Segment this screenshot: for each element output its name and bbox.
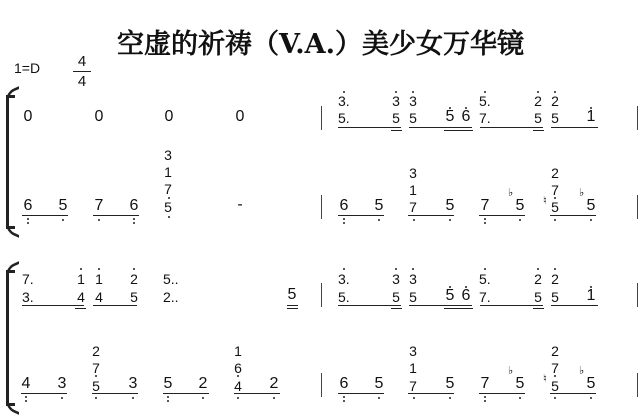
note: 6 (128, 199, 140, 213)
score-title: 空虚的祈祷（V.A.）美少女万华镜 (0, 22, 641, 61)
dot (168, 216, 170, 218)
note: 2 (90, 344, 102, 358)
dot (519, 219, 521, 221)
dot (554, 197, 556, 199)
note: 6 (232, 361, 244, 375)
note: 5. (479, 94, 499, 108)
time-signature-divider (73, 71, 91, 72)
note: 7. (479, 111, 499, 125)
beam (550, 393, 596, 394)
note: 2 (532, 94, 544, 108)
beam (22, 215, 68, 216)
note: 5 (390, 111, 402, 125)
dot (484, 268, 486, 270)
dot (133, 268, 135, 270)
note: 3 (407, 94, 419, 108)
beam (22, 305, 84, 306)
note: 1 (585, 289, 597, 303)
note: 5 (90, 379, 102, 393)
beam (391, 130, 402, 131)
dot (484, 222, 486, 224)
note: 5 (390, 290, 402, 304)
beam (93, 215, 139, 216)
dot (449, 286, 451, 288)
note: 4 (75, 290, 87, 304)
dot (167, 396, 169, 398)
note: 7 (549, 361, 561, 375)
note: 6 (22, 199, 34, 213)
note: 7 (93, 199, 105, 213)
dot (590, 286, 592, 288)
dot (554, 91, 556, 93)
note: 7 (407, 200, 419, 214)
note: 6 (460, 110, 472, 124)
beam (409, 127, 472, 128)
dot (412, 268, 414, 270)
dot (273, 397, 275, 399)
dot (465, 107, 467, 109)
note: 1 (232, 344, 244, 358)
note: 5 (444, 199, 456, 213)
note: 2 (532, 272, 544, 286)
dot (449, 219, 451, 221)
note: 2 (268, 377, 280, 391)
dot (590, 219, 592, 221)
dot (27, 218, 29, 220)
note: 5.. (163, 272, 187, 286)
dot (132, 397, 134, 399)
note: 5 (549, 200, 561, 214)
natural-icon: ♮ (543, 196, 547, 207)
beam (338, 215, 384, 216)
flat-icon: ♭ (579, 366, 584, 377)
dot (95, 375, 97, 377)
dot (413, 219, 415, 221)
barline (637, 195, 638, 219)
note: 3 (56, 377, 68, 391)
note: 7. (22, 272, 42, 286)
dot (237, 375, 239, 377)
dot (98, 219, 100, 221)
beam (409, 305, 472, 306)
beam (408, 393, 454, 394)
dot (62, 219, 64, 221)
key-signature: 1=D (14, 60, 40, 76)
note: 5 (532, 290, 544, 304)
dot (484, 218, 486, 220)
note: 5 (128, 290, 140, 304)
note: 1 (93, 272, 105, 286)
beam (234, 393, 280, 394)
note: 5 (514, 199, 526, 213)
barline (321, 195, 322, 219)
note: 5. (338, 111, 358, 125)
dot (343, 222, 345, 224)
dot (167, 400, 169, 402)
beam (93, 305, 137, 306)
dot (519, 397, 521, 399)
dot (465, 286, 467, 288)
beam (550, 215, 596, 216)
note: 3 (127, 377, 139, 391)
flat-icon: ♭ (508, 366, 513, 377)
note: 7 (479, 377, 491, 391)
note: 0 (234, 110, 246, 124)
note: 6 (338, 377, 350, 391)
dot (395, 268, 397, 270)
note: 0 (93, 110, 105, 124)
time-signature: 4 4 (73, 53, 91, 90)
note: 5. (479, 272, 499, 286)
beam (479, 393, 525, 394)
beam (338, 127, 401, 128)
beam (408, 215, 454, 216)
note: 6 (338, 199, 350, 213)
note: 3 (407, 166, 419, 180)
note: 1 (585, 110, 597, 124)
note: 1 (162, 165, 174, 179)
barline (637, 283, 638, 307)
dot (25, 396, 27, 398)
beam (480, 305, 543, 306)
beam (480, 127, 543, 128)
note: 5 (444, 110, 456, 124)
note: 3 (162, 148, 174, 162)
note: 0 (22, 110, 34, 124)
note: 5 (514, 377, 526, 391)
barline (321, 283, 322, 307)
note: 5 (585, 199, 597, 213)
note: 2 (128, 272, 140, 286)
note: 7. (479, 290, 499, 304)
dot (484, 400, 486, 402)
note: 5 (162, 377, 174, 391)
dot (80, 268, 82, 270)
note: 5 (532, 111, 544, 125)
note: 5 (162, 200, 174, 214)
dot (343, 268, 345, 270)
dot (133, 218, 135, 220)
dot (449, 397, 451, 399)
note: 5 (585, 377, 597, 391)
note: 7 (479, 199, 491, 213)
note: 4 (93, 290, 105, 304)
note: 5 (57, 199, 69, 213)
dot (537, 268, 539, 270)
system-brace (6, 270, 15, 406)
dot (133, 222, 135, 224)
note: 1 (407, 183, 419, 197)
note: 5 (549, 290, 561, 304)
beam (551, 127, 598, 128)
dot (343, 91, 345, 93)
dot (554, 397, 556, 399)
note: 2 (549, 94, 561, 108)
barline (321, 106, 322, 130)
note: 3. (338, 272, 358, 286)
note: 3 (390, 272, 402, 286)
note: 3. (338, 94, 358, 108)
dot (168, 197, 170, 199)
dot (484, 91, 486, 93)
beam (287, 305, 298, 306)
note: 5 (444, 289, 456, 303)
barline (637, 373, 638, 397)
note: 5 (373, 199, 385, 213)
note: 5 (407, 111, 419, 125)
note: 6 (460, 289, 472, 303)
dot (98, 268, 100, 270)
dot (554, 219, 556, 221)
dot (343, 218, 345, 220)
note: 4 (20, 377, 32, 391)
dot (484, 396, 486, 398)
dot (590, 397, 592, 399)
note: 5 (444, 377, 456, 391)
dot (449, 107, 451, 109)
dot (343, 396, 345, 398)
note: 7 (407, 379, 419, 393)
beam (533, 308, 544, 309)
dot (202, 397, 204, 399)
note: 3. (22, 290, 42, 304)
note: 5 (407, 290, 419, 304)
beam (75, 308, 86, 309)
dot (378, 397, 380, 399)
dot (413, 397, 415, 399)
dot (554, 268, 556, 270)
dot (27, 222, 29, 224)
beam (444, 130, 473, 131)
beam (551, 305, 598, 306)
note: 4 (232, 379, 244, 393)
natural-icon: ♮ (543, 374, 547, 385)
beam (21, 393, 67, 394)
beam (479, 215, 525, 216)
note: 1 (75, 272, 87, 286)
sustain-dash: - (234, 198, 246, 212)
dot (378, 219, 380, 221)
note: 0 (163, 110, 175, 124)
note: 3 (407, 344, 419, 358)
dot (237, 397, 239, 399)
dot (343, 400, 345, 402)
flat-icon: ♭ (579, 188, 584, 199)
dot (537, 91, 539, 93)
note: 7 (162, 182, 174, 196)
time-signature-top: 4 (73, 53, 91, 70)
note: 2 (549, 344, 561, 358)
note: 2.. (163, 290, 187, 304)
note: 5 (286, 288, 298, 302)
note: 1 (407, 361, 419, 375)
note: 7 (549, 183, 561, 197)
note: 5 (549, 379, 561, 393)
dot (95, 397, 97, 399)
dot (395, 91, 397, 93)
beam (391, 308, 402, 309)
beam (92, 393, 138, 394)
beam (338, 305, 401, 306)
barline (637, 106, 638, 130)
note: 2 (197, 377, 209, 391)
time-signature-bottom: 4 (73, 73, 91, 90)
beam (163, 393, 209, 394)
beam (287, 308, 298, 309)
dot (590, 107, 592, 109)
barline (321, 373, 322, 397)
beam (533, 130, 544, 131)
dot (412, 91, 414, 93)
note: 7 (90, 361, 102, 375)
beam (338, 393, 384, 394)
flat-icon: ♭ (508, 188, 513, 199)
note: 2 (549, 166, 561, 180)
dot (25, 400, 27, 402)
note: 3 (407, 272, 419, 286)
beam (444, 308, 473, 309)
system-brace (6, 95, 15, 229)
note: 5 (549, 111, 561, 125)
dot (554, 375, 556, 377)
note: 5. (338, 290, 358, 304)
note: 3 (390, 94, 402, 108)
dot (61, 397, 63, 399)
note: 2 (549, 272, 561, 286)
note: 5 (373, 377, 385, 391)
